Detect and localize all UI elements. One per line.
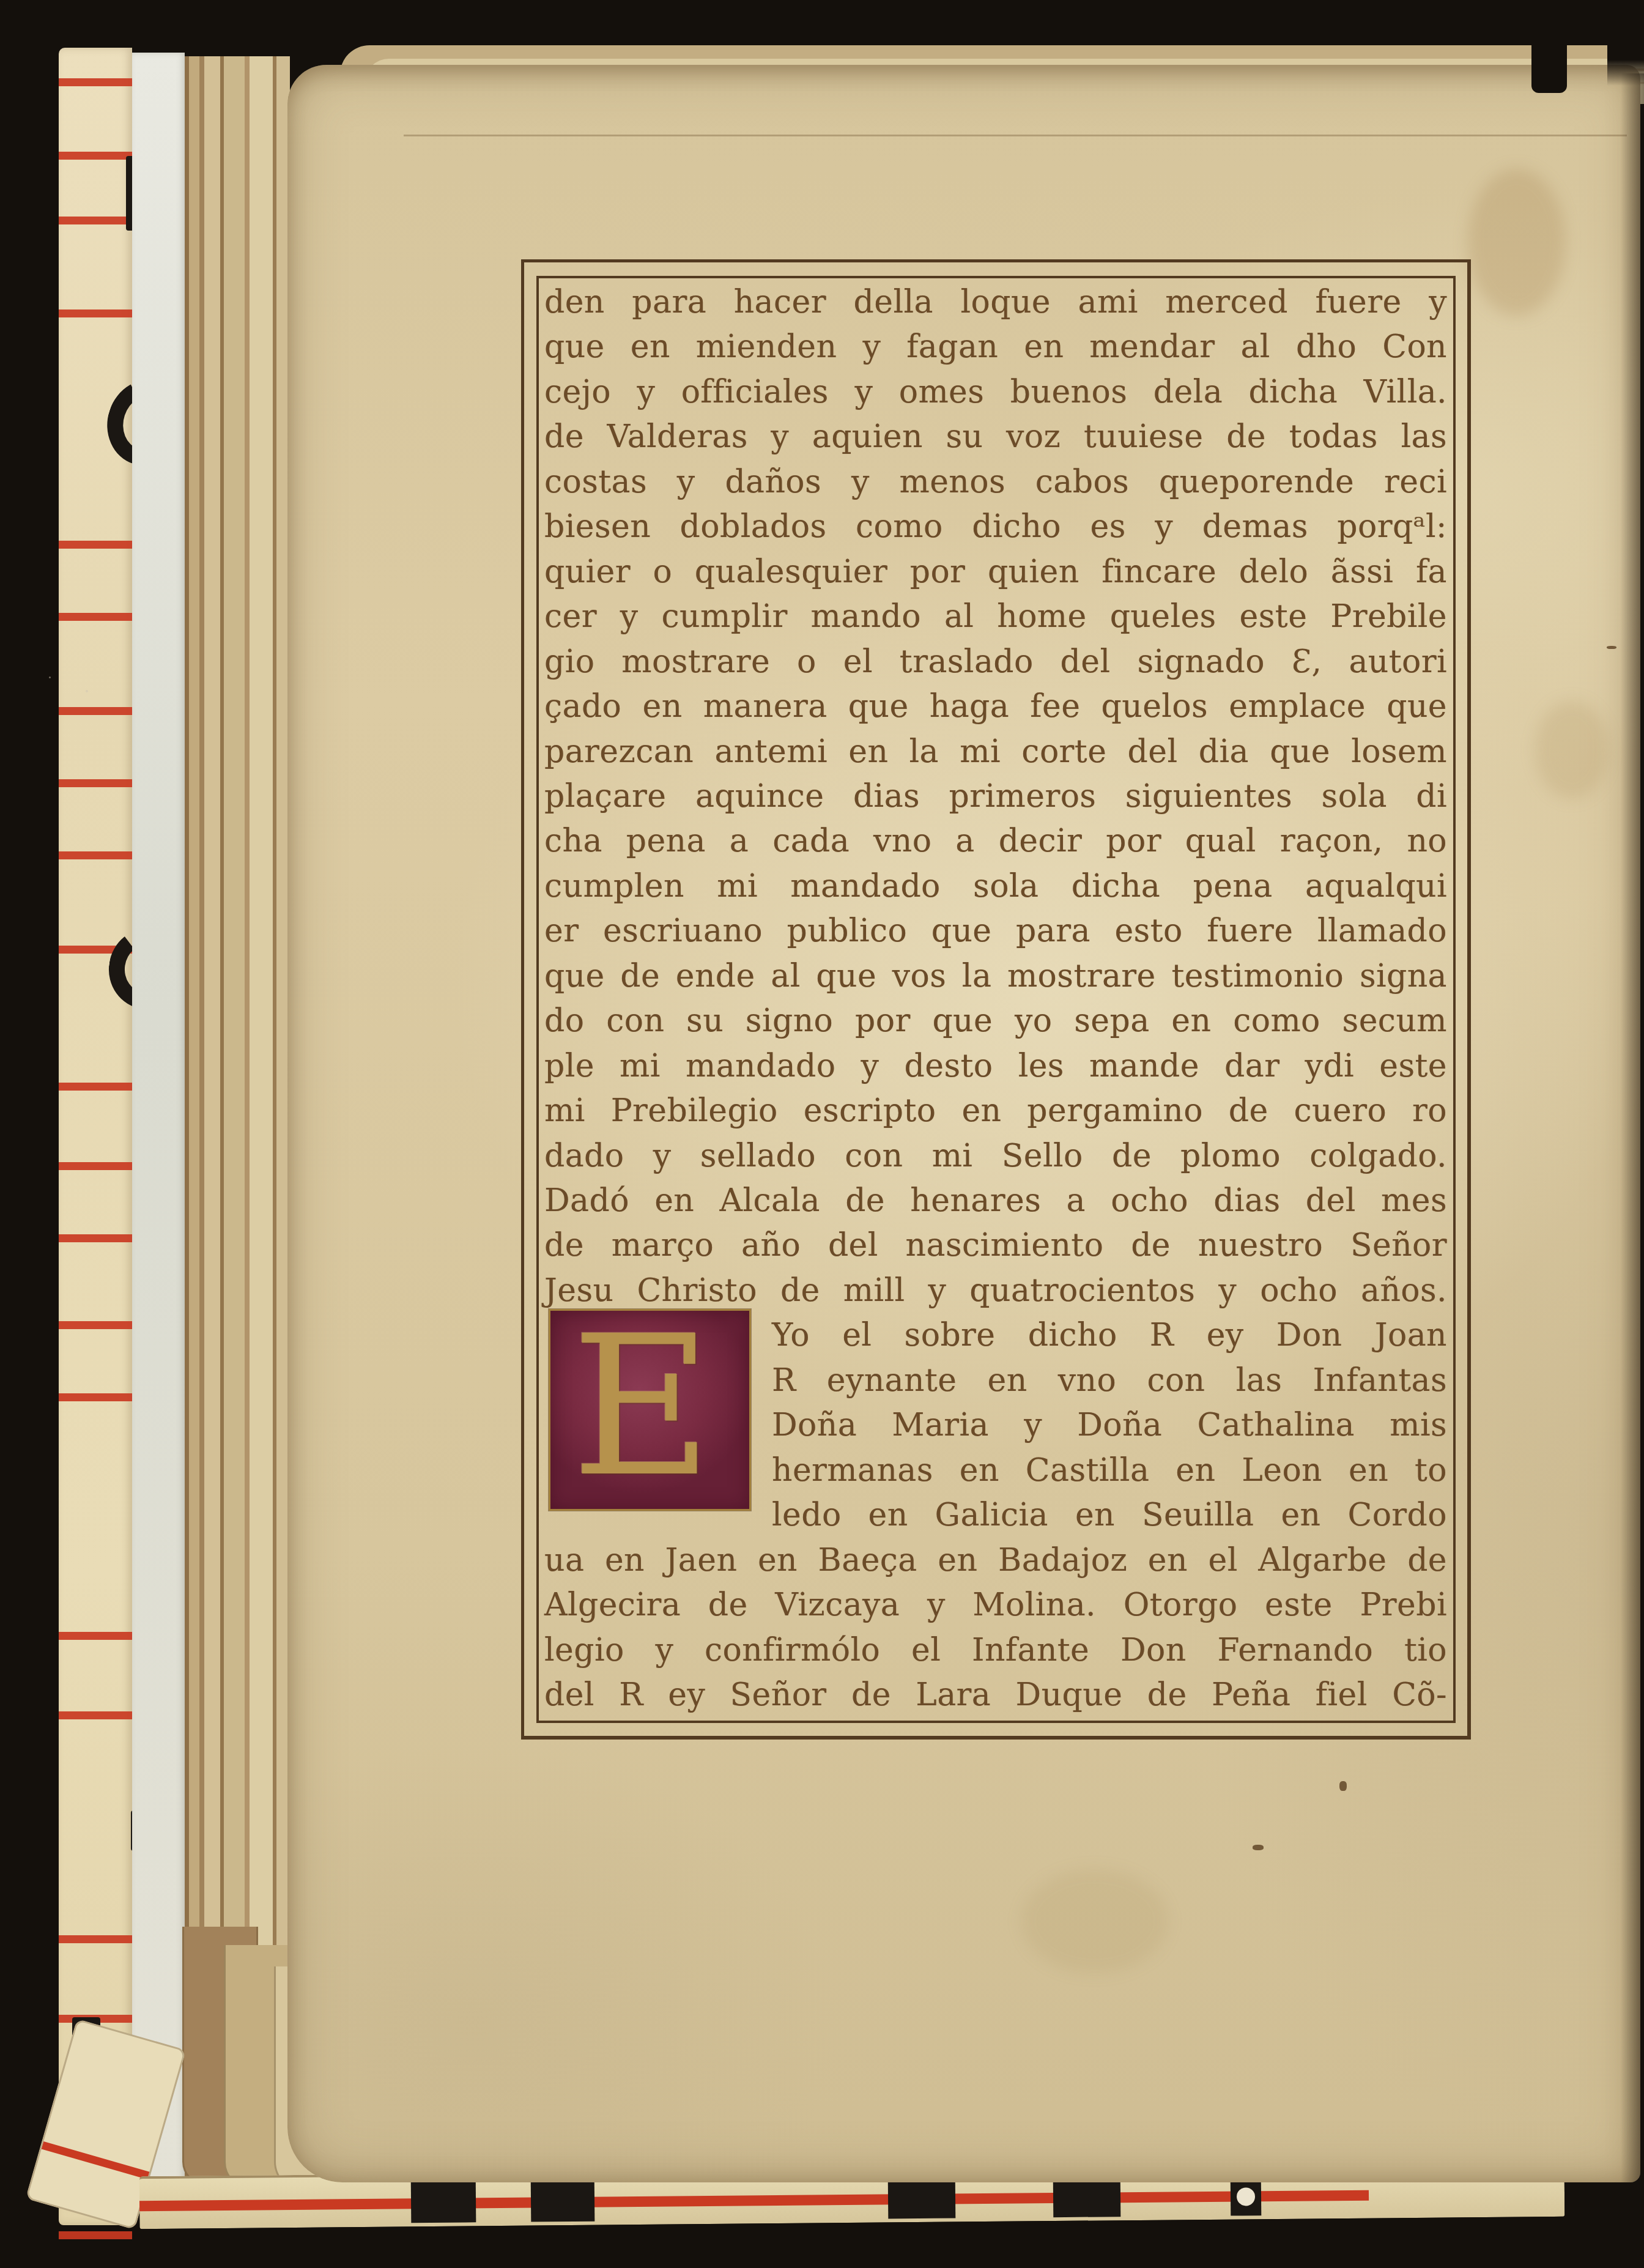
red-edge-stripe bbox=[59, 217, 132, 224]
left-leaf-edge-pale bbox=[132, 53, 185, 2182]
text-line: Dadó en Alcala de henares a ocho dias de… bbox=[544, 1179, 1447, 1224]
edge-black-block bbox=[411, 2178, 476, 2223]
parchment-stain bbox=[1535, 701, 1609, 799]
text-line: cha pena a cada vno a decir por qual raç… bbox=[544, 819, 1447, 864]
text-line: costas y daños y menos cabos queporende … bbox=[544, 460, 1447, 505]
text-line: ple mi mandado y desto les mande dar ydi… bbox=[544, 1044, 1447, 1089]
manuscript-photo: den para hacer della loque ami merced fu… bbox=[0, 0, 1644, 2268]
left-leaf-edge-striped bbox=[59, 48, 132, 2225]
red-edge-stripe bbox=[59, 613, 132, 621]
red-edge-stripe bbox=[59, 152, 132, 160]
red-edge-stripe bbox=[59, 1711, 132, 1719]
manuscript-page: den para hacer della loque ami merced fu… bbox=[287, 65, 1640, 2182]
red-edge-stripe bbox=[59, 1083, 132, 1091]
red-edge-stripe bbox=[59, 1935, 132, 1943]
page-top-ruled-hairline bbox=[404, 135, 1627, 136]
text-line: ua en Jaen en Baeça en Badajoz en el Alg… bbox=[544, 1538, 1447, 1584]
ink-speck bbox=[1339, 1781, 1347, 1791]
parchment-stain bbox=[1468, 169, 1566, 316]
red-edge-stripe bbox=[59, 1321, 132, 1329]
text-line: cer y cumplir mando al home queles este … bbox=[544, 595, 1447, 640]
red-edge-stripe bbox=[139, 2190, 1369, 2212]
dust-speck bbox=[49, 676, 51, 678]
text-line: Algecira de Vizcaya y Molina. Otorgo est… bbox=[544, 1583, 1447, 1628]
red-edge-stripe bbox=[59, 309, 132, 317]
red-edge-stripe bbox=[59, 1632, 132, 1640]
text-line: de Valderas y aquien su voz tuuiese de t… bbox=[544, 415, 1447, 460]
ink-speck bbox=[1607, 646, 1616, 649]
text-line: cejo y officiales y omes buenos dela dic… bbox=[544, 370, 1447, 415]
ink-speck bbox=[1253, 1845, 1264, 1850]
text-line: Doña Maria y Doña Cathalina mis bbox=[772, 1403, 1447, 1448]
text-line: mi Prebilegio escripto en pergamino de c… bbox=[544, 1089, 1447, 1134]
red-edge-stripe bbox=[59, 1234, 132, 1242]
text-line: den para hacer della loque ami merced fu… bbox=[544, 280, 1447, 325]
initial-letter-E: E bbox=[571, 1306, 713, 1508]
illuminated-initial-panel: E bbox=[549, 1309, 751, 1511]
text-line: er escriuano publico que para esto fuere… bbox=[544, 909, 1447, 954]
text-line: biesen doblados como dicho es y demas po… bbox=[544, 505, 1447, 550]
edge-white-dot bbox=[1237, 2187, 1255, 2206]
left-leaf-edge-stack bbox=[185, 56, 290, 2185]
text-line: cumplen mi mandado sola dicha pena aqual… bbox=[544, 864, 1447, 910]
text-line: del R ey Señor de Lara Duque de Peña fie… bbox=[544, 1673, 1447, 1718]
red-edge-stripe bbox=[42, 2141, 150, 2179]
top-right-corner-shadow bbox=[1607, 0, 1644, 86]
text-line: hermanas en Castilla en Leon en to bbox=[772, 1448, 1447, 1494]
red-edge-stripe bbox=[59, 707, 132, 715]
text-line: çado en manera que haga fee quelos empla… bbox=[544, 684, 1447, 730]
red-edge-stripe bbox=[59, 541, 132, 549]
edge-black-block bbox=[531, 2177, 595, 2222]
page-right-edge-shadow bbox=[1621, 73, 1644, 2182]
text-line: do con su signo por que yo sepa en como … bbox=[544, 999, 1447, 1044]
text-line: ledo en Galicia en Seuilla en Cordo bbox=[772, 1493, 1447, 1538]
red-edge-stripe bbox=[59, 1162, 132, 1170]
dust-speck bbox=[86, 690, 88, 692]
red-edge-stripe bbox=[59, 2231, 132, 2239]
text-line: legio y confirmólo el Infante Don Fernan… bbox=[544, 1628, 1447, 1673]
text-line: que en mienden y fagan en mendar al dho … bbox=[544, 325, 1447, 370]
text-line: gio mostrare o el traslado del signado Ɛ… bbox=[544, 640, 1447, 685]
text-line: dado y sellado con mi Sello de plomo col… bbox=[544, 1134, 1447, 1179]
red-edge-stripe bbox=[59, 1393, 132, 1401]
red-edge-stripe bbox=[59, 78, 132, 86]
text-line: de março año del nascimiento de nuestro … bbox=[544, 1223, 1447, 1269]
parchment-stain bbox=[1021, 1869, 1168, 1973]
text-line: R eynante en vno con las Infantas bbox=[772, 1358, 1447, 1404]
text-line: plaçare aquince dias primeros siguientes… bbox=[544, 774, 1447, 820]
text-line: Yo el sobre dicho R ey Don Joan bbox=[772, 1313, 1447, 1358]
text-line: parezcan antemi en la mi corte del dia q… bbox=[544, 730, 1447, 775]
red-edge-stripe bbox=[59, 851, 132, 859]
red-edge-stripe bbox=[59, 779, 132, 787]
text-line: que de ende al que vos la mostrare testi… bbox=[544, 954, 1447, 999]
top-edge-gap-shadow bbox=[1531, 0, 1567, 93]
text-line: quier o qualesquier por quien fincare de… bbox=[544, 550, 1447, 595]
